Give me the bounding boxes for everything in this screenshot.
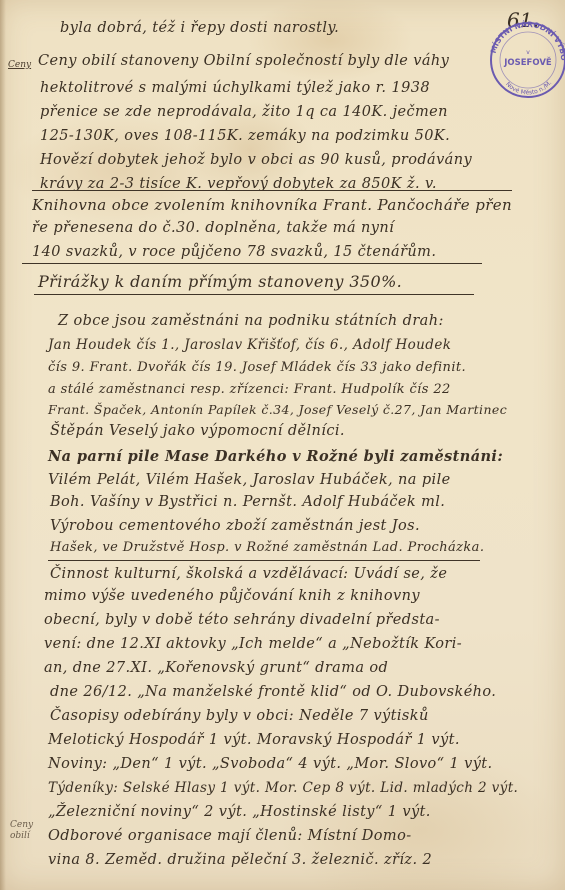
text-line: Odborové organisace mají členů: Místní D… (48, 828, 412, 844)
text-line: a stálé zaměstnanci resp. zřízenci: Fran… (48, 382, 451, 397)
text-line: Přirážky k daním přímým stanoveny 350%. (38, 272, 402, 291)
svg-text:JOSEFOVĚ: JOSEFOVĚ (503, 56, 552, 68)
text-line: Štěpán Veselý jako výpomocní dělníci. (50, 423, 345, 439)
text-line: byla dobrá, též i řepy dosti narostly. (60, 20, 339, 36)
text-line: Časopisy odebírány byly v obci: Neděle 7… (50, 708, 429, 724)
document-page: 61. MÍSTNÍ NÁRODNÍ VÝBOR v JOSEFOVĚ Nové… (0, 0, 565, 890)
library-line: Knihovna obce zvolením knihovníka Frant.… (32, 196, 512, 214)
text-line: Noviny: „Den“ 1 výt. „Svoboda“ 4 výt. „M… (48, 756, 493, 772)
svg-text:v: v (526, 49, 530, 56)
margin-note-prices: Ceny (8, 60, 31, 71)
text-line: 125-130K, oves 108-115K. zemáky na podzi… (40, 128, 450, 144)
text-line: obecní, byly v době této sehrány divadel… (44, 612, 440, 628)
section-divider (22, 263, 482, 264)
text-line: Hašek, ve Družstvě Hosp. v Rožné zaměstn… (50, 540, 484, 555)
text-line: vina 8. Zeměd. družina pěleční 3. železn… (48, 852, 432, 868)
text-line: Frant. Špaček, Antonín Papílek č.34, Jos… (48, 402, 507, 417)
text-line: mimo výše uvedeného půjčování knih z kni… (44, 588, 420, 604)
text-line: Hovězí dobytek jehož bylo v obci as 90 k… (40, 152, 472, 168)
text-line: Na parní pile Mase Darkého v Rožné byli … (48, 448, 503, 465)
section-divider (34, 294, 474, 295)
text-line: Boh. Vašíny v Bystřici n. Pernšt. Adolf … (50, 494, 445, 510)
text-line: hektolitrové s malými úchylkami týlež ja… (40, 80, 430, 96)
text-line: Činnost kulturní, školská a vzdělávací: … (50, 566, 447, 582)
section-divider (32, 190, 512, 191)
margin-note-grain-prices: Ceny obilí (10, 820, 33, 842)
stamp-seal-icon: MÍSTNÍ NÁRODNÍ VÝBOR v JOSEFOVĚ Nové Měs… (487, 14, 565, 102)
text-line: Knihovna obce zvolením knihovníka Frant.… (32, 196, 512, 218)
paper-edge (0, 0, 6, 890)
text-line: Vilém Pelát, Vilém Hašek, Jaroslav Hubáč… (48, 472, 451, 488)
text-line: Výrobou cementového zboží zaměstnán jest… (50, 518, 420, 534)
text-line: Melotický Hospodář 1 výt. Moravský Hospo… (48, 732, 460, 748)
text-line: an, dne 27.XI. „Kořenovský grunt“ drama … (44, 660, 388, 676)
text-line: Ceny obilí stanoveny Obilní společností … (38, 53, 449, 69)
text-line: Týdeníky: Selské Hlasy 1 výt. Mor. Cep 8… (48, 780, 518, 796)
text-line: 140 svazků, v roce půjčeno 78 svazků, 15… (32, 244, 436, 260)
text-line: ře přenesena do č.30. doplněna, takže má… (32, 220, 394, 236)
section-divider (48, 560, 480, 561)
text-line: čís 9. Frant. Dvořák čís 19. Josef Mláde… (48, 360, 466, 375)
text-line: vení: dne 12.XI aktovky „Ich melde“ a „N… (44, 636, 462, 652)
text-line: dne 26/12. „Na manželské frontě klid“ od… (50, 684, 496, 700)
text-line: „Železniční noviny“ 2 výt. „Hostinské li… (48, 804, 431, 820)
text-line: přenice se zde neprodávala, žito 1q ca 1… (40, 104, 448, 120)
official-stamp: MÍSTNÍ NÁRODNÍ VÝBOR v JOSEFOVĚ Nové Měs… (487, 14, 565, 102)
text-line: Z obce jsou zaměstnáni na podniku státní… (58, 313, 444, 329)
text-line: Jan Houdek čís 1., Jaroslav Křišťof, čís… (48, 337, 451, 353)
